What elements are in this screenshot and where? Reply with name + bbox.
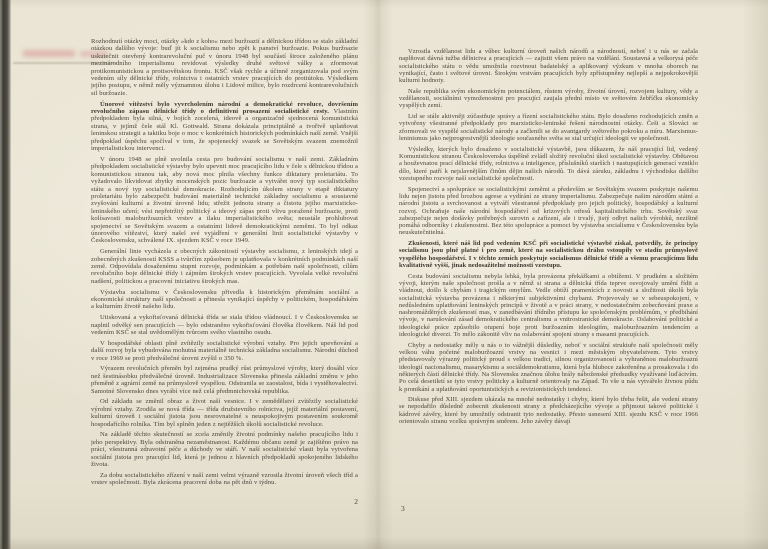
paragraph: Od základu se změnil obraz a život naší …	[91, 398, 358, 428]
left-page-text: Rozhodnutí otázky moci, otázky »kdo z ko…	[91, 38, 358, 490]
paragraph: Za dobu socialistického zřízení v naší z…	[91, 472, 358, 487]
bold-lead: Únorové vítězství bylo vyvrcholením náro…	[91, 101, 358, 115]
book-edge-shadow	[0, 0, 11, 549]
paragraph: Lid se stále aktivněji zúčastňuje správy…	[399, 113, 698, 142]
paragraph: Výsledky, kterých bylo dosaženo v social…	[399, 146, 698, 182]
page-edge-shade-bottom	[0, 537, 768, 549]
paragraph: Výrazem revolučních přeměn byl zejména p…	[91, 365, 358, 395]
page-number-left: 2	[336, 497, 358, 506]
gutter-shadow	[363, 0, 393, 549]
paragraph: Diskuse před XIII. sjezdem ukázala na mn…	[399, 396, 698, 425]
paragraph: Rozhodnutí otázky moci, otázky »kdo z ko…	[91, 38, 358, 97]
page-number-right: 3	[401, 504, 405, 513]
bold-paragraph: Zkušenosti, které náš lid pod vedením KS…	[399, 240, 698, 269]
paragraph: V únoru 1948 se plně uvolnila cesta pro …	[91, 156, 358, 245]
paragraph: Zkušenosti, které náš lid pod vedením KS…	[399, 240, 698, 269]
paragraph: Výstavba socialismu v Československu při…	[91, 289, 358, 311]
paragraph: Utiskovaná a vykořisťovaná dělnická tříd…	[91, 314, 358, 336]
paragraph: V hospodářské oblasti plně zvítězily soc…	[91, 340, 358, 362]
paragraph: Chyby a nedostatky měly u nás o to vážně…	[399, 342, 698, 393]
ghost-print-artifact	[23, 50, 75, 57]
book-spread-photo: Rozhodnutí otázky moci, otázky »kdo z ko…	[0, 0, 768, 549]
page-edge-shade-right	[742, 0, 768, 549]
paragraph: Spojenectví a spolupráce se socialistick…	[399, 186, 698, 237]
right-page-text: Vzrostla vzdělanost lidu a vůbec kulturn…	[399, 48, 698, 488]
page-edge-shade-top	[0, 0, 768, 8]
paragraph: Vzrostla vzdělanost lidu a vůbec kulturn…	[399, 48, 698, 84]
paragraph: Cesta budování socialismu nebyla lehká, …	[399, 273, 698, 339]
paragraph: Generální linie vycházela z obecných zák…	[91, 248, 358, 285]
paragraph-text: Vlastním předpokladem byla silná, v bojí…	[91, 108, 358, 152]
paragraph: Naše republika svým ekonomickým potenciá…	[399, 88, 698, 110]
paragraph: Na základě těchto skutečností se zcela z…	[91, 431, 358, 468]
paragraph: Únorové vítězství bylo vyvrcholením náro…	[91, 101, 358, 153]
